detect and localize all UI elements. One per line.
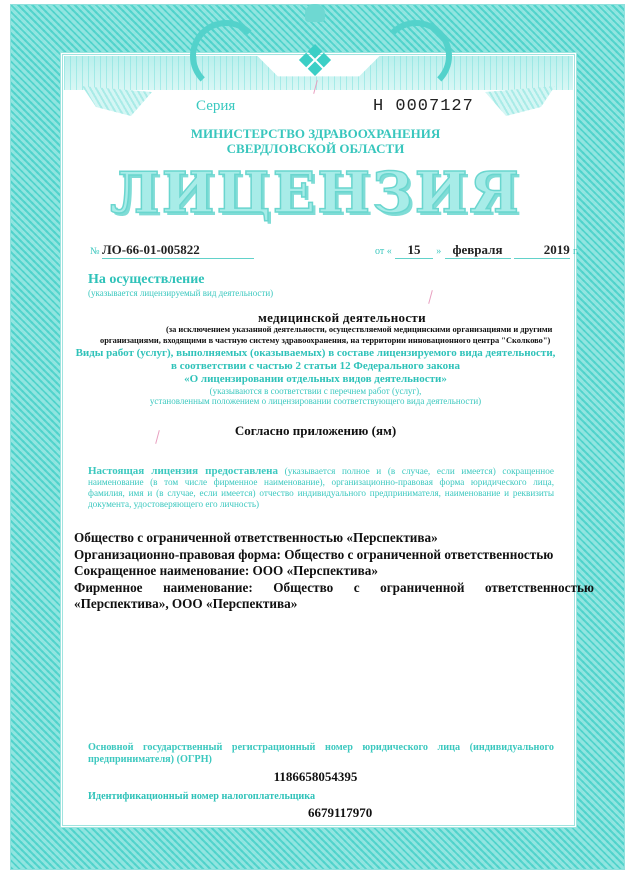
- ministry-line-2: СВЕРДЛОВСКОЙ ОБЛАСТИ: [0, 141, 631, 157]
- works-line-1: Виды работ (услуг), выполняемых (оказыва…: [0, 347, 631, 359]
- ministry-line-1: МИНИСТЕРСТВО ЗДРАВООХРАНЕНИЯ: [0, 126, 631, 142]
- ogrn-label: Основной государственный регистрационный…: [88, 742, 554, 766]
- works-line-3: «О лицензировании отдельных видов деятел…: [0, 373, 631, 385]
- date-prefix: от «: [375, 246, 392, 257]
- inn-label: Идентификационный номер налогоплательщик…: [88, 791, 315, 802]
- grantee-full-name: Общество с ограниченной ответственностью…: [74, 530, 594, 547]
- grantee-short-name: Сокращенное наименование: ООО «Перспекти…: [74, 563, 594, 580]
- grantee-legal-form: Организационно-правовая форма: Общество …: [74, 547, 594, 564]
- activity-type: медицинской деятельности: [258, 310, 426, 326]
- works-note-1: (указываются в соответствии с перечнем р…: [0, 386, 631, 396]
- ogrn-value: 1186658054395: [0, 769, 631, 785]
- activity-heading: На осуществление: [88, 272, 205, 288]
- grantee-brand-name-line-2: «Перспектива», ООО «Перспектива»: [74, 596, 594, 613]
- license-date: от « 15 » февраля 2019 г.: [375, 242, 578, 259]
- works-value: Согласно приложению (ям): [0, 423, 631, 439]
- works-line-2: в соответствии с частью 2 статьи 12 Феде…: [0, 360, 631, 372]
- grantee-heading: Настоящая лицензия предоставлена: [88, 465, 278, 477]
- date-day: 15: [395, 242, 433, 259]
- series-number: Н 0007127: [373, 97, 474, 116]
- license-number: ЛО-66-01-005822: [102, 242, 254, 259]
- activity-heading-note: (указывается лицензируемый вид деятельно…: [88, 288, 273, 298]
- series-label: Серия: [196, 98, 235, 115]
- swirl-ornament-icon: [190, 20, 262, 92]
- grantee-brand-name-line-1: Фирменное наименование: Общество с огран…: [74, 580, 594, 597]
- date-month: февраля: [445, 242, 511, 259]
- date-year-suffix: г.: [573, 246, 578, 257]
- grantee-details: Общество с ограниченной ответственностью…: [74, 530, 594, 613]
- date-day-suffix: »: [436, 246, 441, 257]
- works-note-2: установленным положением о лицензировани…: [0, 396, 631, 406]
- crown-ornament-icon: [305, 4, 325, 22]
- document-title: ЛИЦЕНЗИЯ: [0, 160, 631, 226]
- grantee-note-block: Настоящая лицензия предоставлена (указыв…: [88, 466, 554, 510]
- date-year: 2019: [514, 242, 570, 259]
- license-document: ❖ Серия Н 0007127 МИНИСТЕРСТВО ЗДРАВООХР…: [0, 0, 631, 870]
- inn-value: 6679117970: [308, 805, 372, 821]
- activity-exclusion-line-2: организациями, входящими в частную систе…: [100, 336, 550, 345]
- swirl-ornament-icon: [380, 20, 452, 92]
- activity-exclusion-line-1: (за исключением указанной деятельности, …: [166, 325, 552, 334]
- number-prefix: №: [90, 246, 100, 257]
